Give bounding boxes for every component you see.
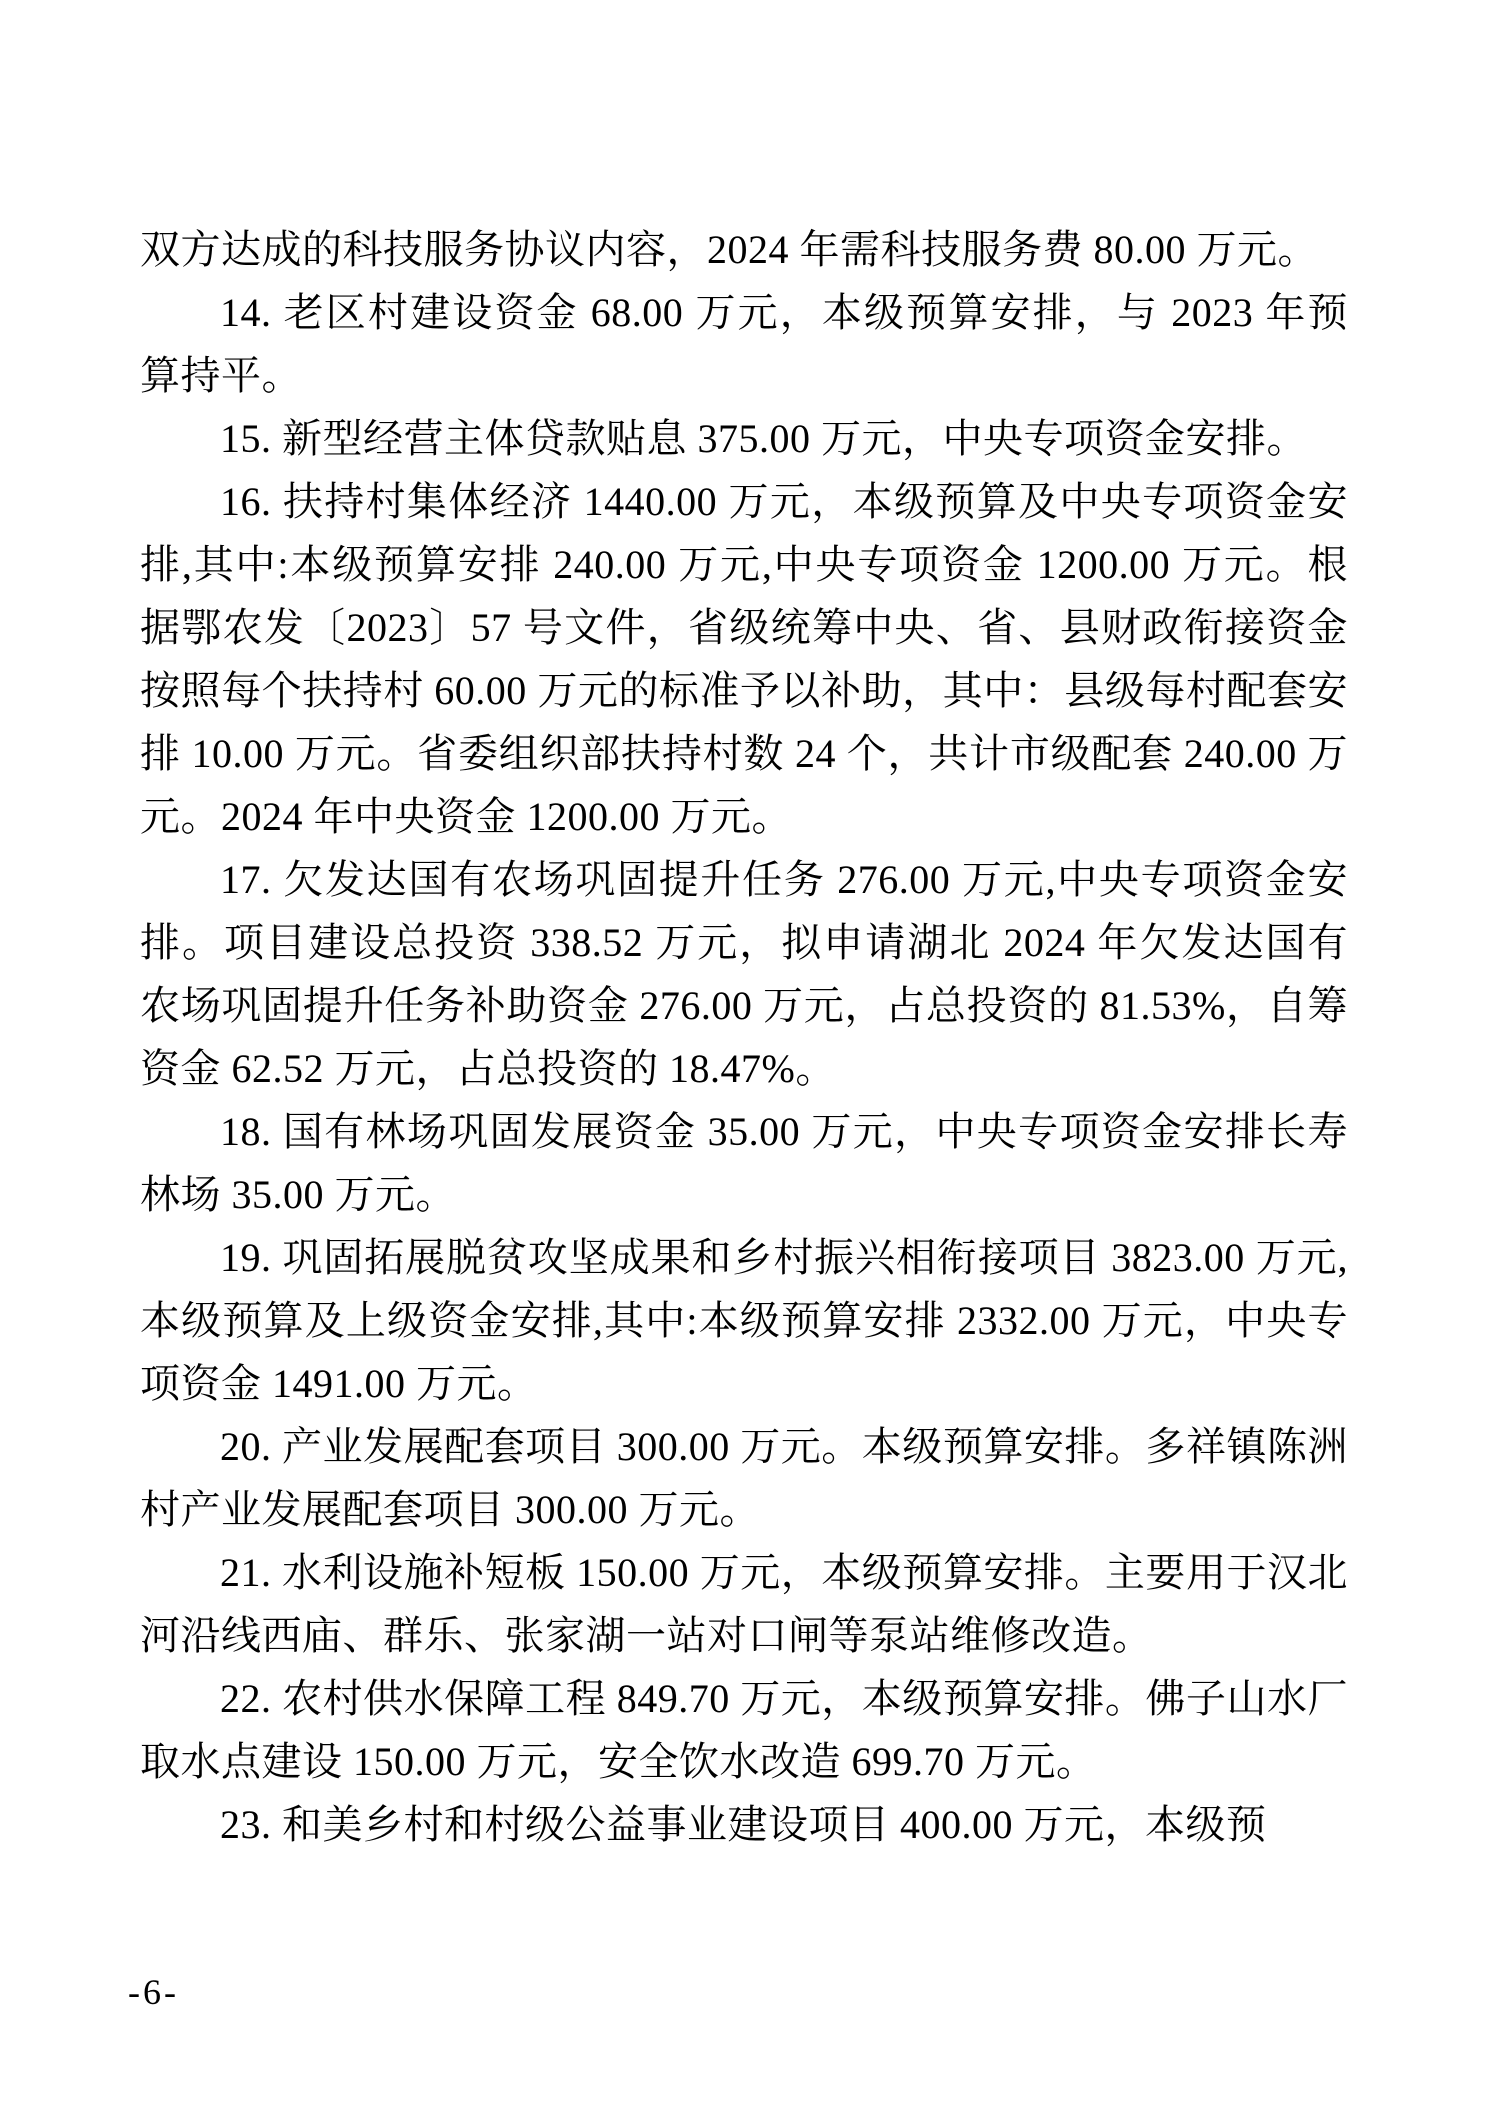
document-body-text: 双方达成的科技服务协议内容，2024 年需科技服务费 80.00 万元。 14.… [140,218,1348,1856]
paragraph-item-16: 16. 扶持村集体经济 1440.00 万元，本级预算及中央专项资金安排,其中:… [140,470,1348,848]
paragraph-13-continuation: 双方达成的科技服务协议内容，2024 年需科技服务费 80.00 万元。 [140,218,1348,281]
page-number: -6- [128,1968,179,2016]
paragraph-item-15: 15. 新型经营主体贷款贴息 375.00 万元，中央专项资金安排。 [140,407,1348,470]
paragraph-item-21: 21. 水利设施补短板 150.00 万元，本级预算安排。主要用于汉北河沿线西庙… [140,1541,1348,1667]
paragraph-item-23: 23. 和美乡村和村级公益事业建设项目 400.00 万元，本级预 [140,1793,1348,1856]
paragraph-item-20: 20. 产业发展配套项目 300.00 万元。本级预算安排。多祥镇陈洲村产业发展… [140,1415,1348,1541]
paragraph-item-18: 18. 国有林场巩固发展资金 35.00 万元，中央专项资金安排长寿林场 35.… [140,1100,1348,1226]
paragraph-item-19: 19. 巩固拓展脱贫攻坚成果和乡村振兴相衔接项目 3823.00 万元,本级预算… [140,1226,1348,1415]
paragraph-item-22: 22. 农村供水保障工程 849.70 万元，本级预算安排。佛子山水厂取水点建设… [140,1667,1348,1793]
paragraph-item-14: 14. 老区村建设资金 68.00 万元，本级预算安排，与 2023 年预算持平… [140,281,1348,407]
paragraph-item-17: 17. 欠发达国有农场巩固提升任务 276.00 万元,中央专项资金安排。项目建… [140,848,1348,1100]
document-page: 双方达成的科技服务协议内容，2024 年需科技服务费 80.00 万元。 14.… [0,0,1488,2104]
